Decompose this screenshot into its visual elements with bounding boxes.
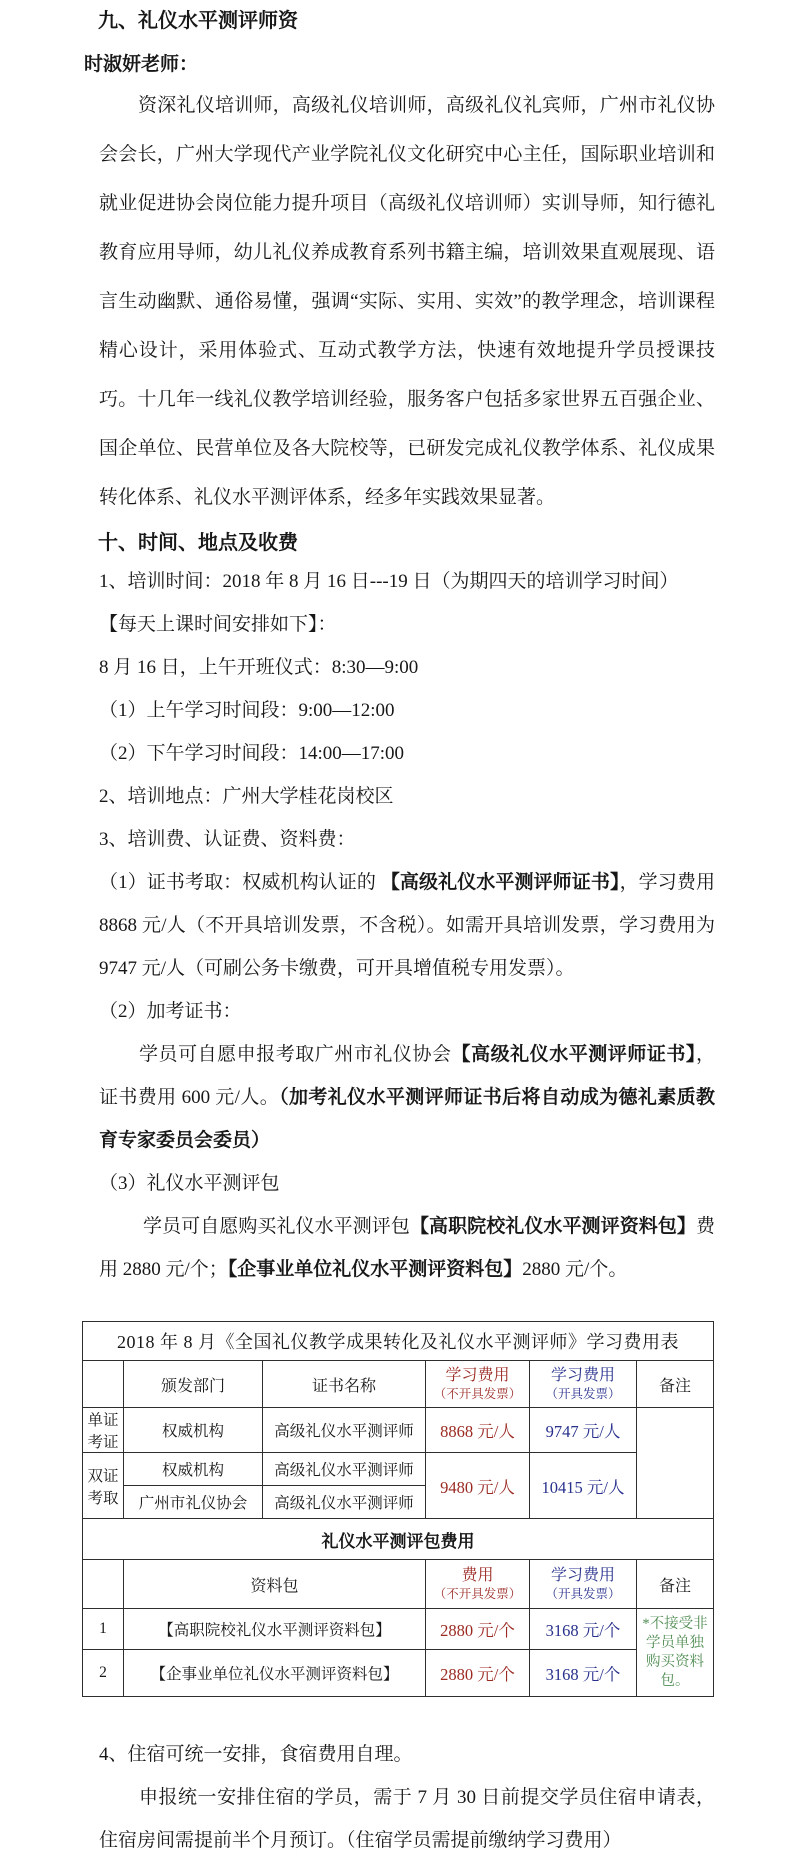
morning-session-line: （1）上午学习时间段：9:00—12:00	[99, 689, 715, 732]
header-fee-no-invoice: 学习费用（不开具发票）	[426, 1361, 530, 1408]
daily-schedule-heading: 【每天上课时间安排如下】：	[99, 603, 715, 646]
section10-heading: 十、时间、地点及收费	[98, 528, 715, 558]
cert-remark-empty-cell	[637, 1408, 714, 1519]
lodging-line: 4、住宿可统一安排，食宿费用自理。	[99, 1733, 715, 1776]
header-remark: 备注	[637, 1361, 714, 1408]
section9-heading: 九、礼仪水平测评师资	[98, 6, 715, 36]
package-header-blank-cell	[83, 1560, 124, 1609]
package-row-fee-invoice: 3168 元/个	[530, 1650, 637, 1697]
extra-cert-heading: （2）加考证书：	[99, 990, 715, 1033]
row-double-issuer2: 广州市礼仪协会	[124, 1486, 263, 1519]
row-double-fee-invoice: 10415 元/人	[530, 1453, 637, 1519]
row-single-label: 单证考证	[83, 1408, 124, 1453]
package-row-fee-no-invoice: 2880 元/个	[426, 1650, 530, 1697]
lodging-paragraph: 申报统一安排住宿的学员，需于 7 月 30 日前提交学员住宿申请表，住宿房间需提…	[99, 1776, 715, 1862]
afternoon-session-line: （2）下午学习时间段：14:00—17:00	[99, 732, 715, 775]
training-location-line: 2、培训地点：广州大学桂花岗校区	[99, 775, 715, 818]
document-page: 九、礼仪水平测评师资 时淑妍老师： 资深礼仪培训师，高级礼仪培训师，高级礼仪礼宾…	[0, 0, 795, 1862]
cert-name-bold: 【高级礼仪水平测评师证书】	[381, 872, 620, 893]
package-header-fee-invoice: 学习费用（开具发票）	[530, 1560, 637, 1609]
cert-fee-paragraph: （1）证书考取：权威机构认证的 【高级礼仪水平测评师证书】，学习费用 8868 …	[99, 861, 715, 990]
header-issuer: 颁发部门	[124, 1361, 263, 1408]
header-blank-cell	[83, 1361, 124, 1408]
row-single-fee-no-invoice: 8868 元/人	[426, 1408, 530, 1453]
teacher-bio: 资深礼仪培训师，高级礼仪培训师，高级礼仪礼宾师，广州市礼仪协会会长，广州大学现代…	[99, 81, 715, 522]
package-row-name: 【企事业单位礼仪水平测评资料包】	[124, 1650, 426, 1697]
package-header-fee-no-invoice: 费用（不开具发票）	[426, 1560, 530, 1609]
package-name2-bold: 【企事业单位礼仪水平测评资料包】	[228, 1259, 523, 1280]
assessment-package-paragraph: 学员可自愿购买礼仪水平测评包【高职院校礼仪水平测评资料包】费用 2880 元/个…	[99, 1205, 715, 1291]
row-double-label: 双证考取	[83, 1453, 124, 1519]
row-single-fee-invoice: 9747 元/人	[530, 1408, 637, 1453]
row-single-issuer: 权威机构	[124, 1408, 263, 1453]
package-row-number: 1	[83, 1609, 124, 1650]
opening-ceremony-line: 8 月 16 日，上午开班仪式：8:30—9:00	[99, 646, 715, 689]
row-double-fee-no-invoice: 9480 元/人	[426, 1453, 530, 1519]
package-section-title: 礼仪水平测评包费用	[83, 1519, 714, 1560]
package-header-remark: 备注	[637, 1560, 714, 1609]
row-double-cert1: 高级礼仪水平测评师	[263, 1453, 426, 1486]
header-fee-invoice: 学习费用（开具发票）	[530, 1361, 637, 1408]
package-row-fee-invoice: 3168 元/个	[530, 1609, 637, 1650]
row-double-issuer1: 权威机构	[124, 1453, 263, 1486]
fee-table: 2018 年 8 月《全国礼仪教学成果转化及礼仪水平测评师》学习费用表 颁发部门…	[82, 1321, 714, 1697]
fee-table-title: 2018 年 8 月《全国礼仪教学成果转化及礼仪水平测评师》学习费用表	[83, 1322, 714, 1361]
package-header-name: 资料包	[124, 1560, 426, 1609]
assessment-package-heading: （3）礼仪水平测评包	[99, 1162, 715, 1205]
extra-cert-paragraph: 学员可自愿申报考取广州市礼仪协会【高级礼仪水平测评师证书】，证书费用 600 元…	[99, 1033, 715, 1162]
package-row-number: 2	[83, 1650, 124, 1697]
package-row-name: 【高职院校礼仪水平测评资料包】	[124, 1609, 426, 1650]
package-text-pre: 学员可自愿购买礼仪水平测评包	[143, 1216, 410, 1237]
package-text-post: 2880 元/个。	[522, 1259, 627, 1280]
training-time-line: 1、培训时间：2018 年 8 月 16 日---19 日（为期四天的培训学习时…	[99, 560, 715, 603]
row-double-cert2: 高级礼仪水平测评师	[263, 1486, 426, 1519]
row-single-cert: 高级礼仪水平测评师	[263, 1408, 426, 1453]
extra-cert-text-pre: 学员可自愿申报考取广州市礼仪协会	[139, 1044, 452, 1065]
package-row-fee-no-invoice: 2880 元/个	[426, 1609, 530, 1650]
fees-heading: 3、培训费、认证费、资料费：	[99, 818, 715, 861]
extra-cert-name-bold: 【高级礼仪水平测评师证书】	[452, 1044, 696, 1065]
package-name1-bold: 【高职院校礼仪水平测评资料包】	[410, 1216, 696, 1237]
package-remark-note: *不接受非学员单独购买资料包。	[637, 1609, 714, 1697]
header-cert-name: 证书名称	[263, 1361, 426, 1408]
cert-fee-text-pre: （1）证书考取：权威机构认证的	[99, 872, 381, 893]
teacher-name: 时淑妍老师：	[84, 52, 715, 78]
